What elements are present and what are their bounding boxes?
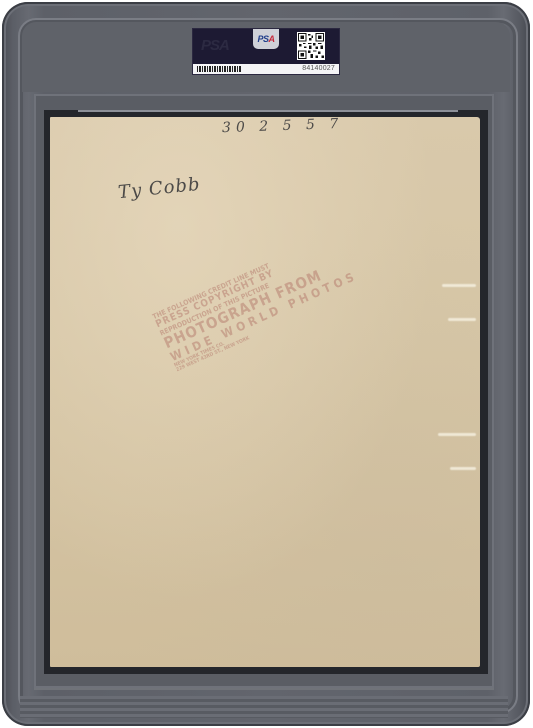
barcode-icon: [197, 66, 241, 72]
paper-crease: [450, 467, 476, 470]
psa-cert-label: PSA PSA 84140027: [193, 29, 339, 74]
qr-code-icon: [298, 33, 324, 59]
cert-number: 84140027: [302, 65, 335, 72]
psa-logo-text: PSA: [257, 34, 274, 44]
paper-crease: [442, 284, 476, 287]
psa-logo: PSA: [253, 29, 279, 49]
paper-crease: [448, 318, 476, 321]
paper-crease: [438, 433, 476, 436]
cert-strip: 84140027: [193, 64, 339, 74]
psa-hologram-logo: PSA: [201, 37, 229, 54]
qr-code-icon[interactable]: [297, 32, 325, 60]
holder-highlight: [78, 110, 458, 112]
